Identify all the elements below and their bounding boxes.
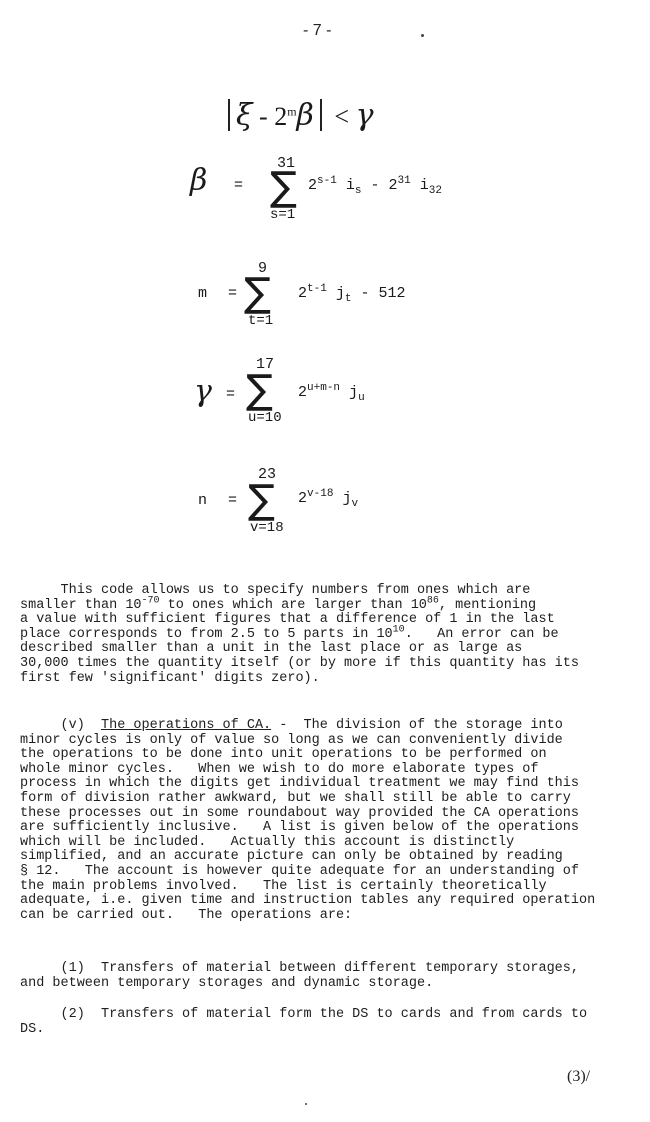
abs-bar-right xyxy=(320,99,322,131)
sigma-icon: ∑ xyxy=(246,370,273,410)
paragraph-operations-of-ca: (v) The operations of CA. - The division… xyxy=(20,719,640,923)
list-item: (2) Transfers of material form the DS to… xyxy=(20,1008,640,1037)
beta-lhs: β xyxy=(190,163,207,198)
equals: = xyxy=(226,386,235,403)
minus: - xyxy=(259,102,268,131)
less-than: < xyxy=(334,102,349,131)
section-heading: The operations of CA. xyxy=(101,718,271,733)
sum-lower: u=10 xyxy=(248,410,282,426)
exponent: m xyxy=(287,104,296,118)
sigma-icon: ∑ xyxy=(248,480,275,520)
sum-lower: t=1 xyxy=(248,313,273,329)
sum-body: 2s-1 is - 231 i32 xyxy=(308,175,442,197)
sigma-icon: ∑ xyxy=(244,273,271,313)
scan-speck xyxy=(305,1103,307,1105)
sigma-icon: ∑ xyxy=(270,167,297,207)
scan-speck xyxy=(421,34,424,37)
sum-body: 2t-1 jt - 512 xyxy=(298,283,405,305)
continuation-marker: (3)/ xyxy=(567,1068,590,1086)
m-lhs: m xyxy=(198,285,207,302)
formula-inequality: ξ - 2mβ < γ xyxy=(222,98,374,133)
sum-lower: v=18 xyxy=(250,520,284,536)
beta-symbol: β xyxy=(297,98,314,133)
list-item: (1) Transfers of material between differ… xyxy=(20,962,640,991)
sum-body: 2v-18 jv xyxy=(298,488,358,510)
paragraph-number-code: This code allows us to specify numbers f… xyxy=(20,584,640,686)
equals: = xyxy=(234,177,243,194)
base: 2 xyxy=(274,102,287,131)
n-lhs: n xyxy=(198,492,207,509)
equals: = xyxy=(228,285,237,302)
gamma-lhs: γ xyxy=(194,374,212,409)
sum-lower: s=1 xyxy=(270,207,295,223)
xi-symbol: ξ xyxy=(236,98,253,133)
gamma-symbol: γ xyxy=(356,98,374,133)
equals: = xyxy=(228,492,237,509)
sum-body: 2u+m-n ju xyxy=(298,382,365,404)
page-number: - 7 - xyxy=(303,22,331,40)
abs-bar-left xyxy=(228,99,230,131)
